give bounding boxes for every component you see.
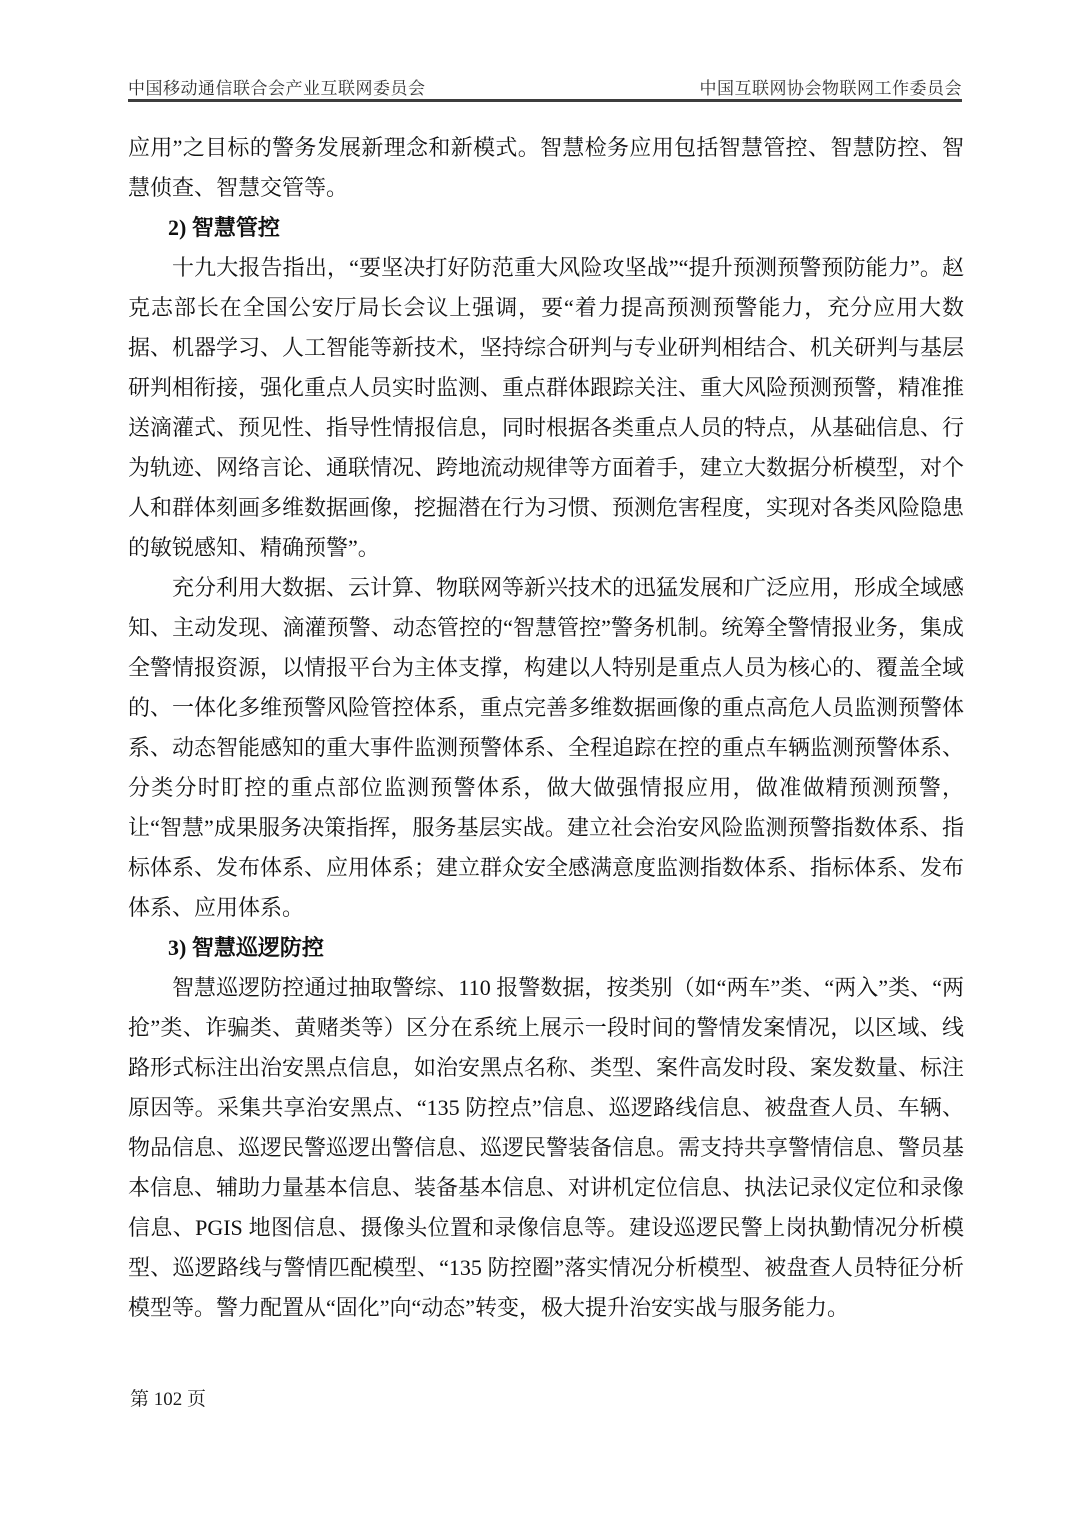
header-left-org: 中国移动通信联合会产业互联网委员会 <box>128 74 426 99</box>
paragraph: 十九大报告指出，“要坚决打好防范重大风险攻坚战”“提升预测预警预防能力”。赵克志… <box>128 248 964 568</box>
section-heading: 2) 智慧管控 <box>128 208 964 248</box>
document-body: 应用”之目标的警务发展新理念和新模式。智慧检务应用包括智慧管控、智慧防控、智慧侦… <box>128 128 964 1328</box>
document-page: 中国移动通信联合会产业互联网委员会 中国互联网协会物联网工作委员会 应用”之目标… <box>0 0 1080 1527</box>
header-right-org: 中国互联网协会物联网工作委员会 <box>700 74 963 99</box>
section-heading: 3) 智慧巡逻防控 <box>128 928 964 968</box>
page-header: 中国移动通信联合会产业互联网委员会 中国互联网协会物联网工作委员会 <box>128 74 962 99</box>
paragraph: 应用”之目标的警务发展新理念和新模式。智慧检务应用包括智慧管控、智慧防控、智慧侦… <box>128 128 964 208</box>
header-divider <box>128 99 962 102</box>
page-number-label: 第 102 页 <box>130 1389 206 1410</box>
paragraph: 智慧巡逻防控通过抽取警综、110 报警数据，按类别（如“两车”类、“两入”类、“… <box>128 968 964 1328</box>
paragraph: 充分利用大数据、云计算、物联网等新兴技术的迅猛发展和广泛应用，形成全域感知、主动… <box>128 568 964 928</box>
page-footer: 第 102 页 <box>130 1384 206 1411</box>
